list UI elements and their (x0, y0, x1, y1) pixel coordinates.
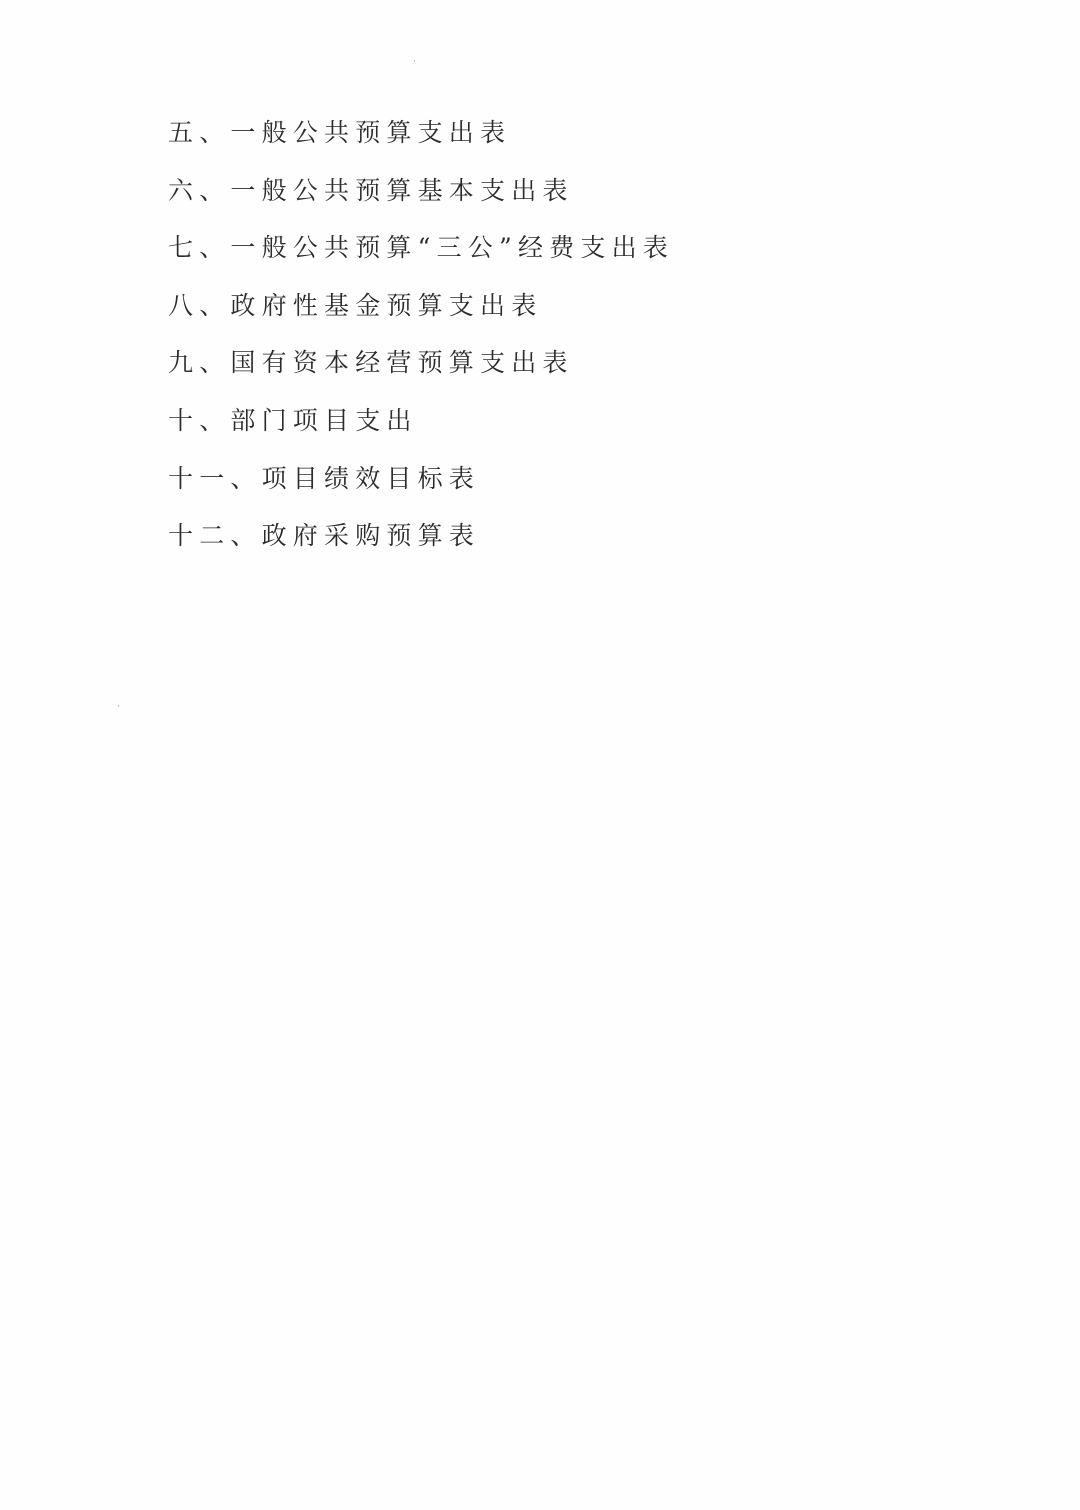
toc-number: 七 (168, 233, 199, 262)
toc-title: 一般公共预算支出表 (230, 118, 511, 147)
toc-title: 政府采购预算表 (262, 521, 480, 550)
toc-number: 九 (168, 348, 199, 377)
toc-number: 六 (168, 176, 199, 205)
toc-title: 政府性基金预算支出表 (230, 291, 542, 320)
toc-item-6: 六、一般公共预算基本支出表 (168, 173, 674, 231)
toc-separator: 、 (199, 406, 230, 435)
toc-number: 十 (168, 406, 199, 435)
scan-speck (414, 60, 415, 62)
toc-separator: 、 (199, 118, 230, 147)
toc-item-12: 十二、政府采购预算表 (168, 518, 674, 576)
toc-number: 八 (168, 291, 199, 320)
toc-number: 五 (168, 118, 199, 147)
toc-item-7: 七、一般公共预算“三公”经费支出表 (168, 230, 674, 288)
toc-separator: 、 (230, 464, 261, 493)
scan-speck (118, 705, 119, 707)
toc-title: 部门项目支出 (230, 406, 417, 435)
toc-item-10: 十、部门项目支出 (168, 403, 674, 461)
toc-separator: 、 (199, 233, 230, 262)
document-page: 五、一般公共预算支出表 六、一般公共预算基本支出表 七、一般公共预算“三公”经费… (0, 0, 1080, 1510)
toc-number: 十一 (168, 464, 230, 493)
toc-number: 十二 (168, 521, 230, 550)
toc-separator: 、 (230, 521, 261, 550)
toc-title: 一般公共预算“三公”经费支出表 (230, 233, 674, 262)
toc-item-5: 五、一般公共预算支出表 (168, 115, 674, 173)
toc-separator: 、 (199, 176, 230, 205)
toc-title: 一般公共预算基本支出表 (230, 176, 573, 205)
toc-item-11: 十一、项目绩效目标表 (168, 461, 674, 519)
toc-separator: 、 (199, 291, 230, 320)
toc-item-8: 八、政府性基金预算支出表 (168, 288, 674, 346)
toc-item-9: 九、国有资本经营预算支出表 (168, 345, 674, 403)
toc-title: 国有资本经营预算支出表 (230, 348, 573, 377)
table-of-contents: 五、一般公共预算支出表 六、一般公共预算基本支出表 七、一般公共预算“三公”经费… (168, 115, 674, 576)
toc-separator: 、 (199, 348, 230, 377)
toc-title: 项目绩效目标表 (262, 464, 480, 493)
